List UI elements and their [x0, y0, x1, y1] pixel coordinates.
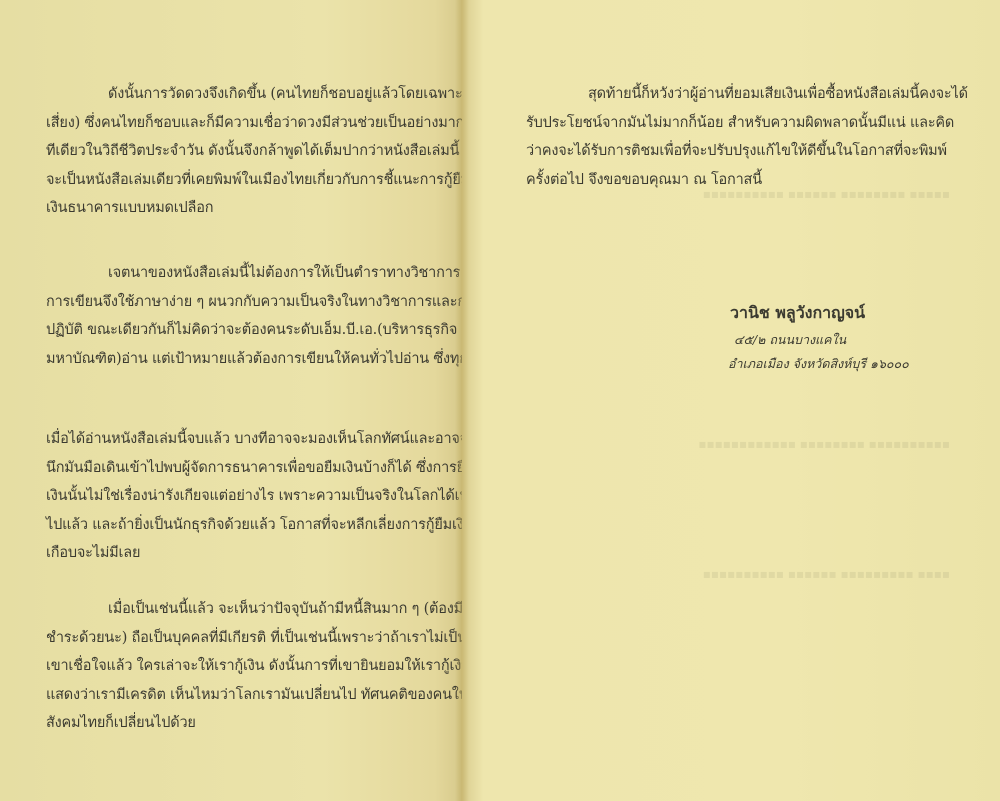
text-line: ชำระด้วยนะ) ถือเป็นบุคคลที่มีเกียรติ ที่… — [46, 624, 504, 653]
left-page: ดังนั้นการวัดดวงจึงเกิดขึ้น (คนไทยก็ชอบอ… — [0, 0, 462, 801]
text-line: สังคมไทยก็เปลี่ยนไปด้วย — [46, 709, 504, 738]
text-line: ครั้งต่อไป จึงขอขอบคุณมา ณ โอกาสนี้ — [526, 166, 968, 195]
author-signature: วานิช พลูวังกาญจน์ ๔๕/๒ ถนนบางแคใน อำเภอ… — [730, 298, 909, 376]
author-address-line-2: อำเภอเมือง จังหวัดสิงห์บุรี ๑๖๐๐๐ — [728, 352, 909, 376]
text-line: เกือบจะไม่มีเลย — [46, 539, 495, 568]
paragraph-book-intent: เจตนาของหนังสือเล่มนี้ไม่ต้องการให้เป็นต… — [46, 259, 500, 373]
paragraph-credit: เมื่อเป็นเช่นนี้แล้ว จะเห็นว่าปัจจุบันถ้… — [46, 595, 504, 738]
text-line: สุดท้ายนี้ก็หวังว่าผู้อ่านที่ยอมเสียเงิน… — [526, 80, 968, 109]
text-line: ปฏิบัติ ขณะเดียวกันก็ไม่คิดว่าจะต้องคนระ… — [46, 316, 500, 345]
text-line: เมื่อได้อ่านหนังสือเล่มนี้จบแล้ว บางทีอา… — [46, 425, 495, 454]
author-name: วานิช พลูวังกาญจน์ — [730, 298, 909, 328]
bleed-through-text: ▪▪▪▪ ▪▪▪▪▪▪▪▪▪ ▪▪▪▪▪▪ ▪▪▪▪▪▪▪▪▪▪ — [560, 560, 950, 588]
text-line: จะเป็นหนังสือเล่มเดียวที่เคยพิมพ์ในเมือง… — [46, 166, 487, 195]
text-line: ไปแล้ว และถ้ายิ่งเป็นนักธุรกิจด้วยแล้ว โ… — [46, 511, 495, 540]
text-line: เขาเชื่อใจแล้ว ใครเล่าจะให้เรากู้เงิน ดั… — [46, 652, 504, 681]
text-line: เงินนั้นไม่ใช่เรื่องน่ารังเกียจแต่อย่างไ… — [46, 482, 495, 511]
paragraph-closing: สุดท้ายนี้ก็หวังว่าผู้อ่านที่ยอมเสียเงิน… — [526, 80, 968, 194]
text-line: แสดงว่าเรามีเครดิต เห็นไหมว่าโลกเรามันเป… — [46, 681, 504, 710]
book-spine-gutter — [455, 0, 469, 801]
text-line: การเขียนจึงใช้ภาษาง่าย ๆ ผนวกกับความเป็น… — [46, 288, 500, 317]
text-line: เจตนาของหนังสือเล่มนี้ไม่ต้องการให้เป็นต… — [46, 259, 500, 288]
text-line: ดังนั้นการวัดดวงจึงเกิดขึ้น (คนไทยก็ชอบอ… — [46, 80, 487, 109]
text-line: ทีเดียวในวิถีชีวิตประจำวัน ดังนั้นจึงกล้… — [46, 137, 487, 166]
text-line: รับประโยชน์จากมันไม่มากก็น้อย สำหรับความ… — [526, 109, 968, 138]
author-address-line-1: ๔๕/๒ ถนนบางแคใน — [730, 328, 909, 352]
text-line: นึกมันมือเดินเข้าไปพบผู้จัดการธนาคารเพื่… — [46, 454, 495, 483]
text-line: เสี่ยง) ซึ่งคนไทยก็ชอบและก็มีความเชื่อว่… — [46, 109, 487, 138]
book-spread: ดังนั้นการวัดดวงจึงเกิดขึ้น (คนไทยก็ชอบอ… — [0, 0, 1000, 801]
text-line: มหาบัณฑิต)อ่าน แต่เป้าหมายแล้วต้องการเขี… — [46, 345, 500, 374]
text-line: เมื่อเป็นเช่นนี้แล้ว จะเห็นว่าปัจจุบันถ้… — [46, 595, 504, 624]
paragraph-after-reading: เมื่อได้อ่านหนังสือเล่มนี้จบแล้ว บางทีอา… — [46, 425, 495, 568]
text-line: ว่าคงจะได้รับการติชมเพื่อที่จะปรับปรุงแก… — [526, 137, 968, 166]
paragraph-fortune-telling: ดังนั้นการวัดดวงจึงเกิดขึ้น (คนไทยก็ชอบอ… — [46, 80, 487, 223]
text-line: เงินธนาคารแบบหมดเปลือก — [46, 194, 487, 223]
bleed-through-text: ▪▪▪▪▪▪▪▪▪▪ ▪▪▪▪▪▪▪▪ ▪▪▪▪▪▪▪▪▪▪▪▪ — [560, 430, 950, 458]
